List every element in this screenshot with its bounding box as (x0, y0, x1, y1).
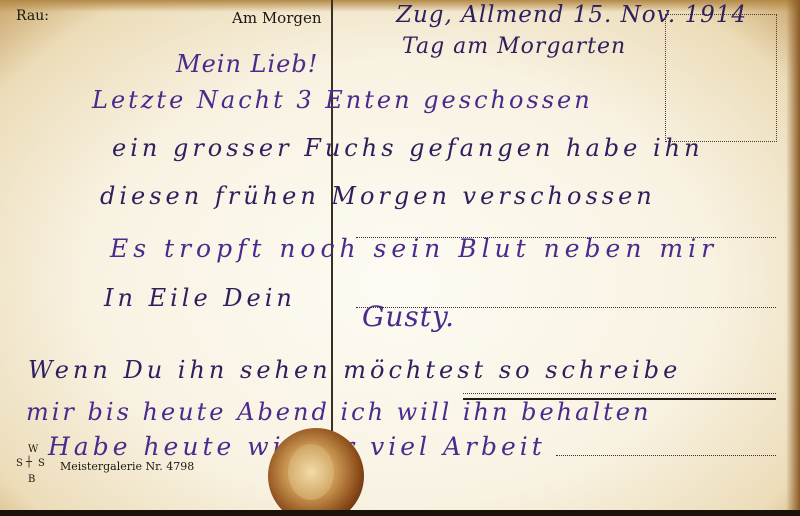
address-line-4 (556, 455, 776, 456)
handwritten-place-date: Zug, Allmend 15. Nov. 1914 (396, 2, 747, 28)
handwritten-line-3: diesen frühen Morgen verschossen (100, 182, 656, 210)
printed-label-rau: Rau: (16, 8, 49, 24)
handwritten-subheader: Tag am Morgarten (402, 34, 626, 59)
handwritten-line-1: Letzte Nacht 3 Enten geschossen (92, 86, 593, 114)
bottom-border (0, 510, 800, 516)
handwritten-postscript-2: mir bis heute Abend ich will ihn behalte… (26, 398, 651, 426)
handwritten-line-2: ein grosser Fuchs gefangen habe ihn (112, 134, 704, 162)
handwritten-line-5: In Eile Dein (104, 284, 296, 312)
postcard-back: Rau: Am Morgen Zug, Allmend 15. Nov. 191… (0, 0, 800, 516)
address-line-3 (463, 393, 776, 394)
publisher-text: Meistergalerie Nr. 4798 (60, 460, 194, 473)
handwritten-signature: Gusty. (362, 300, 455, 333)
handwritten-postscript-1: Wenn Du ihn sehen möchtest so schreibe (28, 356, 681, 384)
handwritten-line-4: Es tropft noch sein Blut neben mir (110, 234, 718, 263)
printed-title: Am Morgen (232, 9, 322, 27)
stamp-box (665, 14, 777, 142)
aged-edge-right (786, 0, 800, 516)
wax-seal-stain (268, 428, 364, 516)
publisher-logo-icon: W S ┼ S B (16, 444, 46, 490)
handwritten-salutation: Mein Lieb! (176, 50, 318, 78)
